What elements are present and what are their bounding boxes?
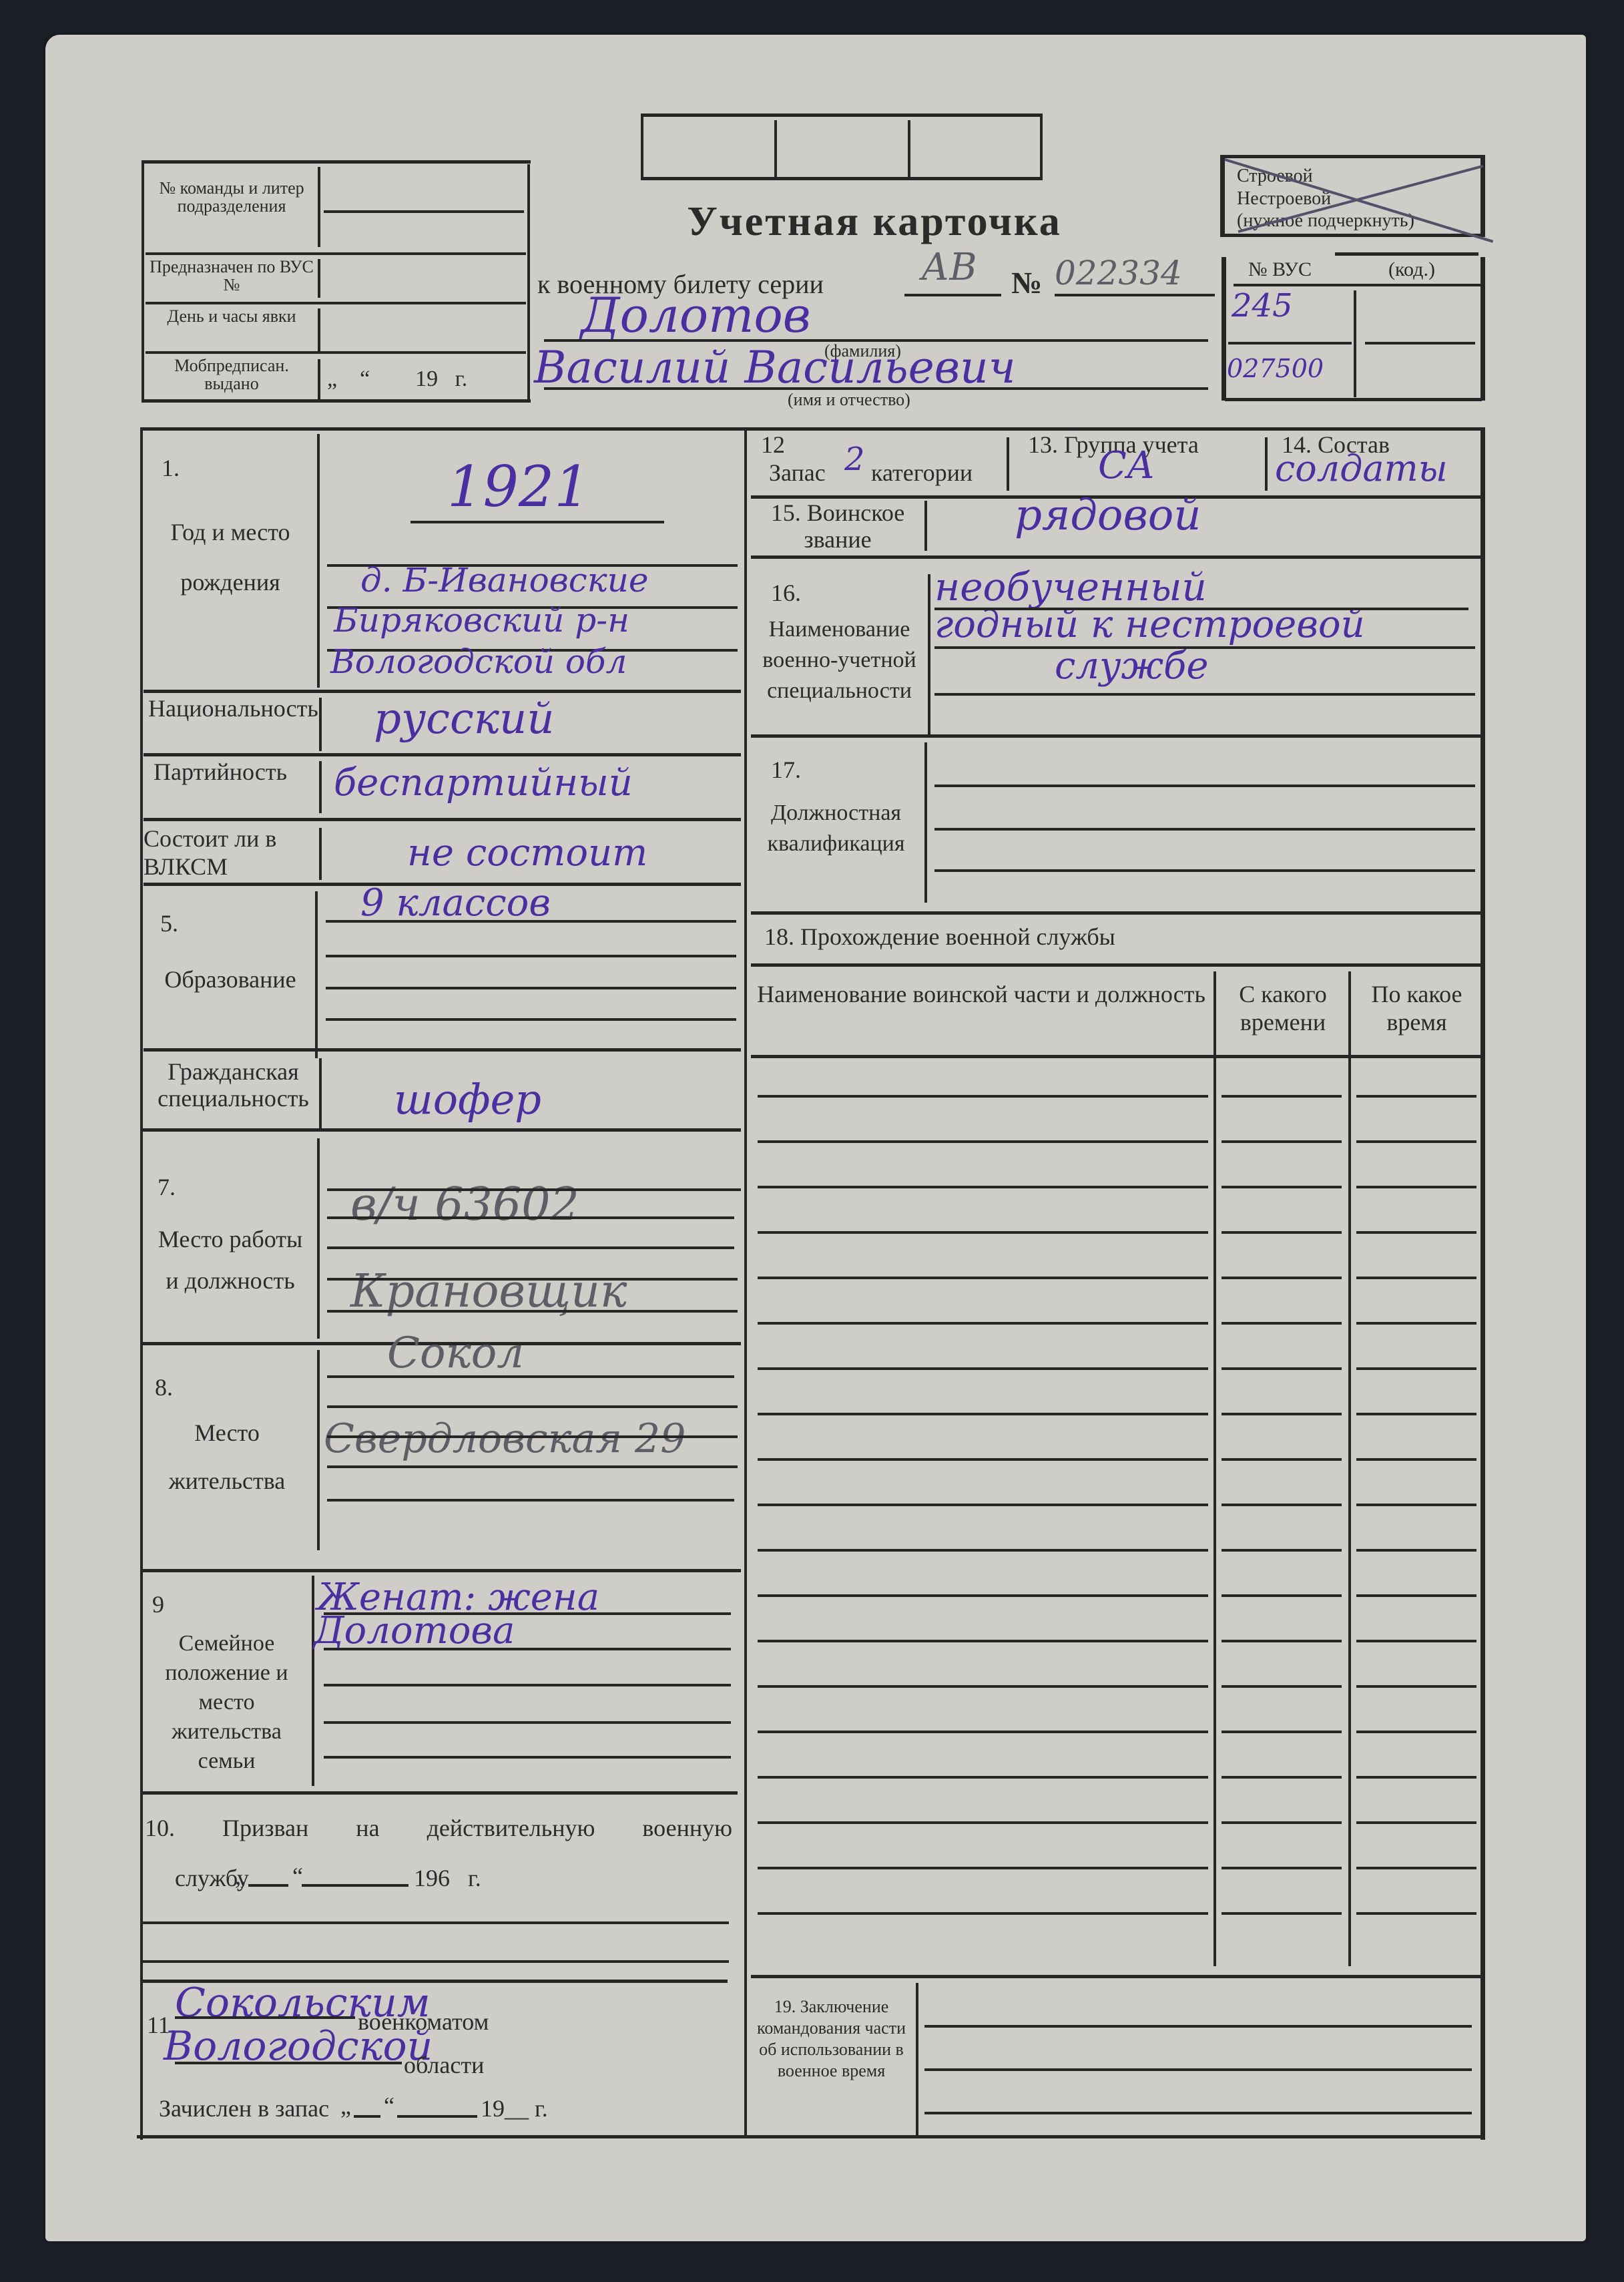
service-history-rule [1222, 1095, 1342, 1098]
civil-specialty-value: шофер [394, 1075, 541, 1124]
surname: Долотов [581, 287, 811, 343]
region-suffix: области [404, 2053, 484, 2078]
column-header-to: По какое время [1352, 980, 1482, 1036]
birth-place-line1: д. Б-Ивановские [360, 561, 648, 600]
field-4-label: Состоит ли в ВЛКСМ [144, 825, 318, 881]
field-19-label: 19. Заключение командования части об исп… [746, 1996, 916, 2082]
field-9-number: 9 [152, 1592, 164, 1618]
field-7-label: Место работы и должность [150, 1218, 310, 1301]
service-history-rule [758, 1685, 1208, 1688]
field-12-label: Запас [769, 461, 826, 486]
service-history-rule [758, 1594, 1208, 1597]
service-history-rule [1222, 1640, 1342, 1642]
service-history-rule [1222, 1731, 1342, 1733]
reserve-close-quote: “ [384, 2094, 394, 2119]
field-8-label: Место жительства [144, 1409, 310, 1505]
field-17-label: Должностная квалификация [751, 798, 921, 859]
service-history-rule [758, 1367, 1208, 1370]
admin-mob-order-date: „ “ 19 г. [327, 367, 527, 391]
service-history-rule [1222, 1594, 1342, 1597]
service-history-rule [1222, 1322, 1342, 1325]
service-history-rule [1356, 1821, 1476, 1824]
number-sign: № [1011, 267, 1042, 299]
family-line2: Долотова [314, 1609, 515, 1652]
service-history-rule [758, 1776, 1208, 1779]
service-history-rule [1222, 1367, 1342, 1370]
vus-header-number: № ВУС [1248, 259, 1312, 280]
service-history-rule [1356, 1095, 1476, 1098]
service-history-rule [758, 1277, 1208, 1279]
service-history-rule [1356, 1549, 1476, 1552]
account-group-value: СА [1098, 444, 1155, 487]
service-history-rule [1356, 1776, 1476, 1779]
admin-label-mob-order: Мобпредписан. выдано [148, 357, 315, 393]
vus-code-value: 027500 [1227, 354, 1324, 383]
service-history-rule [1356, 1504, 1476, 1506]
name-patronymic: Василий Васильевич [534, 342, 1016, 393]
field-2-label: Национальность [148, 694, 318, 722]
field-16-number: 16. [771, 581, 801, 606]
reserve-open-quote: „ [340, 2094, 351, 2119]
service-history-rule [1356, 1685, 1476, 1688]
vus-number-value: 245 [1232, 287, 1293, 324]
field-12-number: 12 [761, 433, 785, 458]
column-header-from: С какого времени [1216, 980, 1350, 1036]
service-history-rule [1222, 1186, 1342, 1188]
service-type-line3: (нужное подчеркнуть) [1237, 210, 1414, 232]
service-history-rule [1356, 1322, 1476, 1325]
field-17-number: 17. [771, 758, 801, 783]
residence-line2: Свердловская 29 [324, 1415, 686, 1462]
party-value: беспартийный [334, 761, 633, 805]
service-history-rule [1222, 1685, 1342, 1688]
field-18-title: 18. Прохождение военной службы [764, 925, 1115, 950]
field-7-number: 7. [158, 1175, 176, 1200]
specialty-line3: службе [1055, 644, 1208, 688]
field-1-number: 1. [162, 456, 180, 481]
service-history-rule [758, 1413, 1208, 1415]
service-history-rule [1222, 1504, 1342, 1506]
service-history-rule [1356, 1186, 1476, 1188]
service-history-rule [1356, 1413, 1476, 1415]
service-history-rule [1356, 1231, 1476, 1234]
service-history-rule [1222, 1776, 1342, 1779]
workplace-line1: в/ч 63602 [350, 1178, 579, 1231]
service-history-rule [1356, 1277, 1476, 1279]
field-9-label: Семейное положение и место жительства се… [142, 1629, 312, 1776]
service-history-rule [1222, 1821, 1342, 1824]
service-history-rule [1222, 1231, 1342, 1234]
service-history-rule [1356, 1912, 1476, 1915]
vus-header-code: (код.) [1388, 259, 1435, 280]
service-history-rule [1222, 1458, 1342, 1461]
field-6-label: Гражданская специальность [148, 1058, 318, 1112]
service-history-rule [758, 1504, 1208, 1506]
field-3-label: Партийность [154, 758, 320, 786]
nationality-value: русский [374, 694, 554, 744]
education-value: 9 классов [360, 881, 551, 925]
reserve-label: Зачислен в запас [159, 2096, 329, 2122]
admin-label-command: № команды и литер подразделения [148, 179, 315, 216]
service-history-rule [1356, 1458, 1476, 1461]
service-history-rule [758, 1821, 1208, 1824]
service-history-rule [758, 1731, 1208, 1733]
service-history-rule [1222, 1140, 1342, 1143]
field-16-label: Наименование военно-учетной специальност… [751, 614, 928, 706]
birth-place-line2: Биряковский р-н [334, 601, 629, 640]
page-title: Учетная карточка [641, 200, 1108, 244]
service-history-rule [758, 1140, 1208, 1143]
service-history-rule [1356, 1867, 1476, 1869]
birth-year-value: 1921 [447, 454, 590, 519]
service-history-rule [1222, 1413, 1342, 1415]
service-type-line2: Нестроевой [1237, 188, 1331, 210]
field-1-label: Год и место рождения [150, 507, 310, 608]
field-8-number: 8. [155, 1375, 173, 1401]
field-5-number: 5. [160, 911, 178, 937]
admin-label-vus: Предназначен по ВУС № [148, 258, 315, 294]
service-history-rule [758, 1231, 1208, 1234]
admin-label-day-hours: День и часы явки [148, 307, 315, 325]
service-history-rule [1222, 1912, 1342, 1915]
ticket-number: 022334 [1055, 254, 1182, 292]
service-history-rule [1356, 1640, 1476, 1642]
service-history-rule [1222, 1277, 1342, 1279]
birth-place-line3: Вологодской обл [330, 642, 627, 681]
service-history-rule [758, 1458, 1208, 1461]
service-history-rule [1356, 1140, 1476, 1143]
reserve-year: 19__ г. [481, 2096, 548, 2122]
field-5-label: Образование [154, 955, 307, 1005]
field-10-year: 196 г. [414, 1866, 481, 1891]
service-history-rule [758, 1322, 1208, 1325]
name-caption: (имя и отчество) [788, 391, 910, 409]
service-history-rule [1356, 1594, 1476, 1597]
komsomol-value: не состоит [407, 831, 647, 875]
service-history-rule [1356, 1367, 1476, 1370]
service-history-rule [758, 1549, 1208, 1552]
service-history-rule [758, 1186, 1208, 1188]
field-10-open-quote: „ [235, 1864, 246, 1889]
field-15-label: 15. Воинское звание [751, 499, 924, 553]
ticket-series: АВ [921, 246, 977, 289]
service-history-rule [758, 1912, 1208, 1915]
field-10-label: 10. Призван на действительную военную [145, 1816, 732, 1841]
residence-line1: Сокол [387, 1329, 524, 1378]
composition-value: солдаты [1275, 447, 1448, 489]
service-history-rule [1222, 1549, 1342, 1552]
reserve-category-value: 2 [844, 441, 865, 478]
service-history-rule [758, 1640, 1208, 1642]
service-history-rule [1356, 1731, 1476, 1733]
military-rank-value: рядовой [1015, 491, 1201, 540]
service-history-rule [758, 1095, 1208, 1098]
column-header-unit: Наименование воинской части и должность [754, 980, 1208, 1008]
service-history-rule [758, 1867, 1208, 1869]
service-history-rule [1222, 1867, 1342, 1869]
field-12-suffix: категории [871, 461, 973, 486]
